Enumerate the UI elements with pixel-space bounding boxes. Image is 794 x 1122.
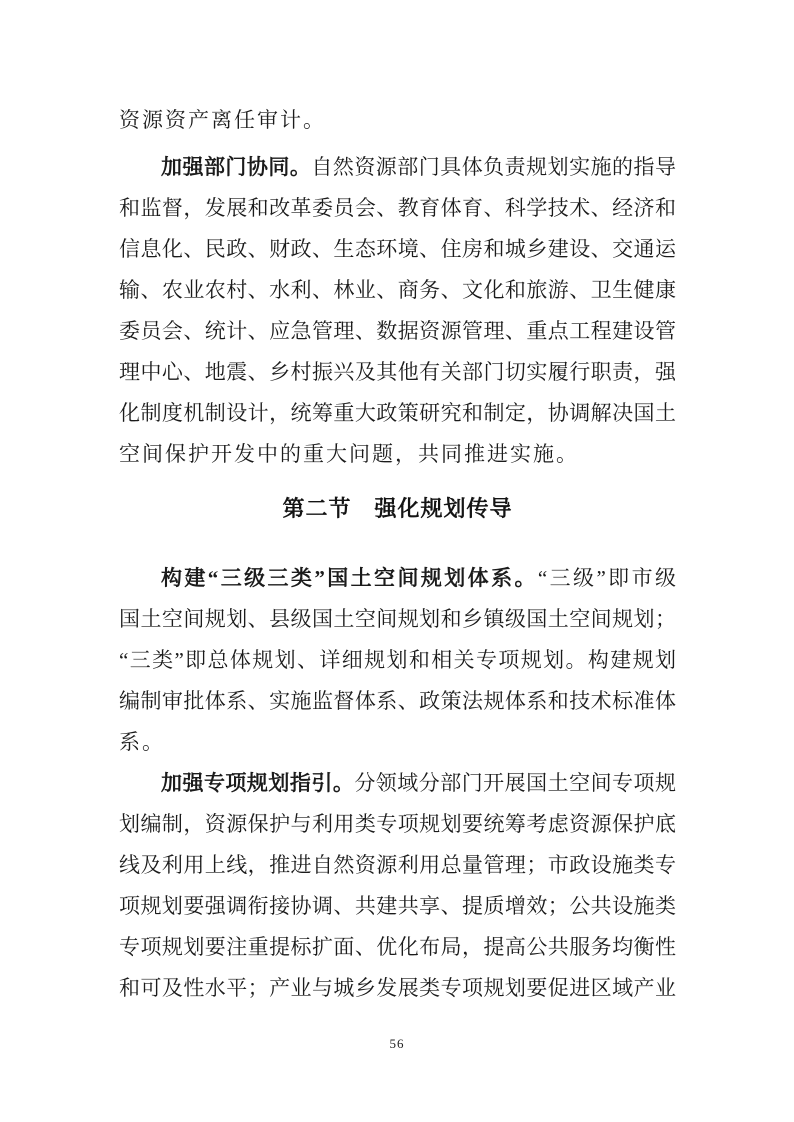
paragraph-line: 加强部门协同。自然资源部门具体负责规划实施的指导	[119, 147, 676, 188]
paragraph-special-planning: 加强专项规划指引。分领域分部门开展国土空间专项规 划编制，资源保护与利用类专项规…	[119, 763, 676, 1009]
text-block: 资源资产离任审计。 加强部门协同。自然资源部门具体负责规划实施的指导 和监督，发…	[119, 100, 676, 1009]
paragraph-line: 项规划要强调衔接协调、共建共享、提质增效；公共设施类	[119, 886, 676, 927]
page-number: 56	[0, 1036, 794, 1052]
line-text: “三级”即市级	[538, 566, 676, 590]
paragraph-line: “三类”即总体规划、详细规划和相关专项规划。构建规划	[119, 640, 676, 681]
paragraph-line: 理中心、地震、乡村振兴及其他有关部门切实履行职责，强	[119, 352, 676, 393]
paragraph-line: 化制度机制设计，统筹重大政策研究和制定，协调解决国土	[119, 393, 676, 434]
section-heading: 第二节 强化规划传导	[119, 488, 676, 529]
paragraph-line: 加强专项规划指引。分领域分部门开展国土空间专项规	[119, 763, 676, 804]
paragraph-line: 构建“三级三类”国土空间规划体系。“三级”即市级	[119, 558, 676, 599]
paragraph-line: 和监督，发展和改革委员会、教育体育、科学技术、经济和	[119, 188, 676, 229]
paragraph-line: 划编制，资源保护与利用类专项规划要统筹考虑资源保护底	[119, 804, 676, 845]
line-text: 分领域分部门开展国土空间专项规	[354, 771, 676, 795]
paragraph-line: 委员会、统计、应急管理、数据资源管理、重点工程建设管	[119, 311, 676, 352]
paragraph-continuation: 资源资产离任审计。	[119, 100, 676, 141]
lead-sentence: 加强专项规划指引。	[161, 771, 354, 795]
paragraph-line: 空间保护开发中的重大问题，共同推进实施。	[119, 434, 676, 475]
paragraph-line: 线及利用上线，推进自然资源利用总量管理；市政设施类专	[119, 845, 676, 886]
document-page: 资源资产离任审计。 加强部门协同。自然资源部门具体负责规划实施的指导 和监督，发…	[0, 0, 794, 1122]
lead-sentence: 构建“三级三类”国土空间规划体系。	[161, 566, 538, 590]
paragraph-line: 信息化、民政、财政、生态环境、住房和城乡建设、交通运	[119, 229, 676, 270]
paragraph-planning-system: 构建“三级三类”国土空间规划体系。“三级”即市级 国土空间规划、县级国土空间规划…	[119, 558, 676, 763]
lead-sentence: 加强部门协同。	[161, 155, 311, 179]
paragraph-line: 输、农业农村、水利、林业、商务、文化和旅游、卫生健康	[119, 270, 676, 311]
paragraph-line: 国土空间规划、县级国土空间规划和乡镇级国土空间规划；	[119, 599, 676, 640]
paragraph-department-coordination: 加强部门协同。自然资源部门具体负责规划实施的指导 和监督，发展和改革委员会、教育…	[119, 147, 676, 475]
paragraph-line: 编制审批体系、实施监督体系、政策法规体系和技术标准体	[119, 681, 676, 722]
paragraph-line: 和可及性水平；产业与城乡发展类专项规划要促进区域产业	[119, 968, 676, 1009]
line-text: 自然资源部门具体负责规划实施的指导	[311, 155, 676, 179]
paragraph-line: 专项规划要注重提标扩面、优化布局，提高公共服务均衡性	[119, 927, 676, 968]
paragraph-line: 系。	[119, 722, 676, 763]
paragraph-line: 资源资产离任审计。	[119, 100, 676, 141]
